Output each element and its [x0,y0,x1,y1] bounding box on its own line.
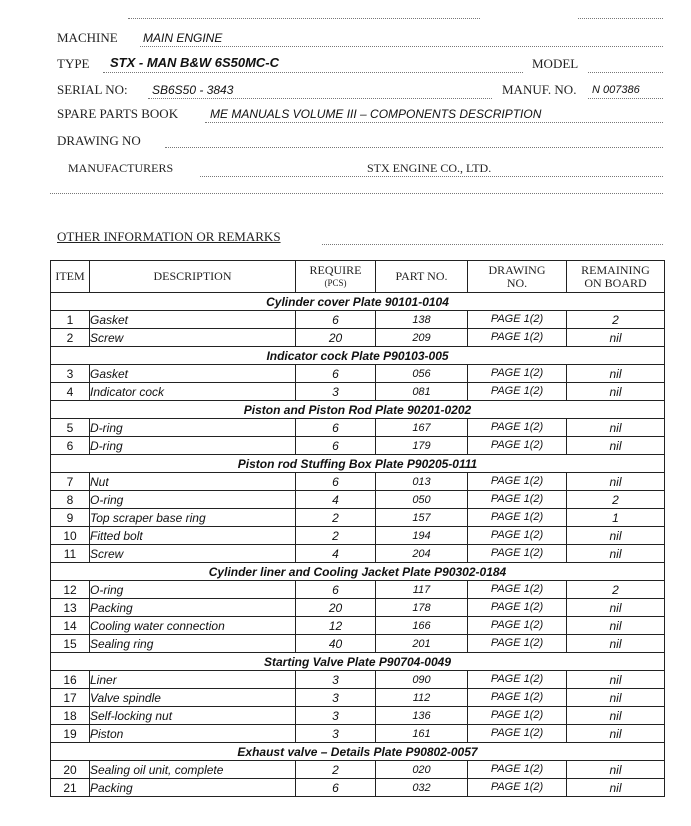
cell-part-no: 050 [376,491,468,509]
cell-require: 20 [296,329,376,347]
cell-description: Screw [90,329,296,347]
table-row: 18Self-locking nut3136PAGE 1(2)nil [51,707,665,725]
remarks-label: OTHER INFORMATION OR REMARKS [57,229,281,245]
cell-require: 2 [296,527,376,545]
cell-require: 3 [296,383,376,401]
cell-require: 2 [296,761,376,779]
cell-description: D-ring [90,437,296,455]
cell-description: Packing [90,599,296,617]
cell-drawing: PAGE 1(2) [468,419,567,437]
cell-drawing: PAGE 1(2) [468,617,567,635]
cell-remaining: nil [567,635,665,653]
spare-parts-underline [205,122,663,123]
cell-part-no: 194 [376,527,468,545]
cell-require: 4 [296,491,376,509]
cell-part-no: 167 [376,419,468,437]
cell-remaining: nil [567,725,665,743]
cell-remaining: nil [567,761,665,779]
cell-part-no: 157 [376,509,468,527]
cell-item: 20 [51,761,90,779]
drawing-no-label: DRAWING NO [57,133,141,149]
spare-parts-label: SPARE PARTS BOOK [57,106,178,122]
cell-item: 15 [51,635,90,653]
cell-item: 21 [51,779,90,797]
cell-description: Packing [90,779,296,797]
cell-part-no: 166 [376,617,468,635]
serial-label: SERIAL NO: [57,82,128,98]
machine-value: MAIN ENGINE [143,31,222,45]
table-row: 19Piston3161PAGE 1(2)nil [51,725,665,743]
cell-item: 13 [51,599,90,617]
manufacturers-value: STX ENGINE CO., LTD. [367,161,491,176]
cell-drawing: PAGE 1(2) [468,329,567,347]
cell-drawing: PAGE 1(2) [468,527,567,545]
cell-description: Liner [90,671,296,689]
cell-remaining: nil [567,473,665,491]
col-item: ITEM [51,261,90,293]
cell-description: O-ring [90,491,296,509]
header-separator [50,193,663,194]
cell-part-no: 201 [376,635,468,653]
section-title: Indicator cock Plate P90103-005 [51,347,665,365]
cell-part-no: 179 [376,437,468,455]
cell-require: 3 [296,707,376,725]
top-line-left [128,18,480,19]
cell-description: Fitted bolt [90,527,296,545]
cell-item: 5 [51,419,90,437]
cell-description: Indicator cock [90,383,296,401]
cell-drawing: PAGE 1(2) [468,671,567,689]
table-header-row: ITEM DESCRIPTION REQUIRE(PCS) PART NO. D… [51,261,665,293]
cell-remaining: 2 [567,311,665,329]
cell-part-no: 204 [376,545,468,563]
cell-remaining: nil [567,671,665,689]
cell-item: 16 [51,671,90,689]
cell-item: 14 [51,617,90,635]
table-row: 21Packing6032PAGE 1(2)nil [51,779,665,797]
cell-item: 8 [51,491,90,509]
section-header-row: Cylinder cover Plate 90101-0104 [51,293,665,311]
cell-require: 20 [296,599,376,617]
cell-drawing: PAGE 1(2) [468,779,567,797]
table-row: 20Sealing oil unit, complete2020PAGE 1(2… [51,761,665,779]
cell-item: 19 [51,725,90,743]
cell-remaining: 1 [567,509,665,527]
col-require: REQUIRE(PCS) [296,261,376,293]
model-label: MODEL [532,56,578,72]
cell-require: 40 [296,635,376,653]
cell-description: Nut [90,473,296,491]
manuf-value: N 007386 [592,84,640,96]
cell-remaining: nil [567,365,665,383]
table-row: 4Indicator cock3081PAGE 1(2)nil [51,383,665,401]
cell-drawing: PAGE 1(2) [468,707,567,725]
table-row: 10Fitted bolt2194PAGE 1(2)nil [51,527,665,545]
cell-remaining: nil [567,599,665,617]
cell-remaining: 2 [567,581,665,599]
cell-item: 6 [51,437,90,455]
cell-part-no: 056 [376,365,468,383]
cell-part-no: 112 [376,689,468,707]
cell-require: 4 [296,545,376,563]
cell-drawing: PAGE 1(2) [468,437,567,455]
table-row: 5D-ring6167PAGE 1(2)nil [51,419,665,437]
table-row: 13Packing20178PAGE 1(2)nil [51,599,665,617]
cell-drawing: PAGE 1(2) [468,365,567,383]
section-title: Starting Valve Plate P90704-0049 [51,653,665,671]
serial-value: SB6S50 - 3843 [152,83,233,97]
cell-require: 6 [296,437,376,455]
cell-drawing: PAGE 1(2) [468,599,567,617]
cell-part-no: 117 [376,581,468,599]
section-header-row: Starting Valve Plate P90704-0049 [51,653,665,671]
section-title: Piston and Piston Rod Plate 90201-0202 [51,401,665,419]
spare-parts-table: ITEM DESCRIPTION REQUIRE(PCS) PART NO. D… [50,260,665,797]
cell-require: 2 [296,509,376,527]
table-row: 14Cooling water connection12166PAGE 1(2)… [51,617,665,635]
manufacturers-underline [200,176,663,177]
section-title: Exhaust valve – Details Plate P90802-005… [51,743,665,761]
section-title: Piston rod Stuffing Box Plate P90205-011… [51,455,665,473]
cell-item: 2 [51,329,90,347]
col-remaining: REMAININGON BOARD [567,261,665,293]
cell-part-no: 013 [376,473,468,491]
table-row: 2Screw20209PAGE 1(2)nil [51,329,665,347]
cell-drawing: PAGE 1(2) [468,383,567,401]
cell-require: 6 [296,473,376,491]
machine-underline [140,46,663,47]
cell-require: 6 [296,779,376,797]
cell-drawing: PAGE 1(2) [468,311,567,329]
section-title: Cylinder cover Plate 90101-0104 [51,293,665,311]
cell-require: 6 [296,365,376,383]
cell-part-no: 138 [376,311,468,329]
cell-drawing: PAGE 1(2) [468,689,567,707]
serial-underline [148,98,492,99]
cell-drawing: PAGE 1(2) [468,545,567,563]
type-label: TYPE [57,56,90,72]
section-header-row: Piston and Piston Rod Plate 90201-0202 [51,401,665,419]
table-row: 1Gasket6138PAGE 1(2)2 [51,311,665,329]
cell-remaining: nil [567,617,665,635]
table-row: 15Sealing ring40201PAGE 1(2)nil [51,635,665,653]
cell-part-no: 032 [376,779,468,797]
cell-remaining: nil [567,545,665,563]
section-header-row: Exhaust valve – Details Plate P90802-005… [51,743,665,761]
cell-part-no: 209 [376,329,468,347]
cell-description: Valve spindle [90,689,296,707]
cell-remaining: nil [567,419,665,437]
table-row: 6D-ring6179PAGE 1(2)nil [51,437,665,455]
type-underline [103,72,523,73]
manuf-label: MANUF. NO. [502,82,576,98]
cell-description: Piston [90,725,296,743]
manuf-underline [588,98,663,99]
table-row: 9Top scraper base ring2157PAGE 1(2)1 [51,509,665,527]
table-row: 12O-ring6117PAGE 1(2)2 [51,581,665,599]
cell-drawing: PAGE 1(2) [468,473,567,491]
model-underline [588,72,663,73]
cell-item: 18 [51,707,90,725]
type-value: STX - MAN B&W 6S50MC-C [110,55,279,70]
cell-require: 6 [296,581,376,599]
table-row: 7Nut6013PAGE 1(2)nil [51,473,665,491]
cell-drawing: PAGE 1(2) [468,509,567,527]
cell-description: Cooling water connection [90,617,296,635]
cell-part-no: 136 [376,707,468,725]
cell-drawing: PAGE 1(2) [468,581,567,599]
table-row: 8O-ring4050PAGE 1(2)2 [51,491,665,509]
top-line-right [578,18,663,19]
cell-description: Screw [90,545,296,563]
cell-description: D-ring [90,419,296,437]
cell-remaining: nil [567,707,665,725]
cell-drawing: PAGE 1(2) [468,761,567,779]
section-header-row: Indicator cock Plate P90103-005 [51,347,665,365]
col-description: DESCRIPTION [90,261,296,293]
cell-remaining: nil [567,527,665,545]
section-title: Cylinder liner and Cooling Jacket Plate … [51,563,665,581]
cell-description: Gasket [90,365,296,383]
cell-remaining: 2 [567,491,665,509]
section-header-row: Piston rod Stuffing Box Plate P90205-011… [51,455,665,473]
cell-description: Top scraper base ring [90,509,296,527]
cell-require: 6 [296,311,376,329]
table-row: 3Gasket6056PAGE 1(2)nil [51,365,665,383]
spare-parts-value: ME MANUALS VOLUME III – COMPONENTS DESCR… [210,107,541,121]
cell-require: 3 [296,725,376,743]
cell-require: 3 [296,671,376,689]
cell-description: Gasket [90,311,296,329]
cell-description: O-ring [90,581,296,599]
cell-part-no: 081 [376,383,468,401]
machine-label: MACHINE [57,30,118,46]
cell-remaining: nil [567,383,665,401]
remarks-underline [322,244,663,245]
cell-description: Self-locking nut [90,707,296,725]
cell-item: 11 [51,545,90,563]
cell-remaining: nil [567,689,665,707]
cell-item: 10 [51,527,90,545]
col-drawing-no: DRAWINGNO. [468,261,567,293]
table-row: 17Valve spindle3112PAGE 1(2)nil [51,689,665,707]
cell-remaining: nil [567,779,665,797]
table-row: 16Liner3090PAGE 1(2)nil [51,671,665,689]
cell-require: 6 [296,419,376,437]
cell-part-no: 090 [376,671,468,689]
cell-item: 12 [51,581,90,599]
cell-item: 9 [51,509,90,527]
cell-drawing: PAGE 1(2) [468,635,567,653]
cell-item: 7 [51,473,90,491]
cell-description: Sealing oil unit, complete [90,761,296,779]
cell-remaining: nil [567,437,665,455]
cell-item: 4 [51,383,90,401]
cell-part-no: 161 [376,725,468,743]
cell-part-no: 178 [376,599,468,617]
manufacturers-label: MANUFACTURERS [68,161,173,176]
cell-drawing: PAGE 1(2) [468,725,567,743]
cell-require: 3 [296,689,376,707]
cell-item: 3 [51,365,90,383]
cell-item: 1 [51,311,90,329]
col-part-no: PART NO. [376,261,468,293]
cell-item: 17 [51,689,90,707]
cell-drawing: PAGE 1(2) [468,491,567,509]
table-row: 11Screw4204PAGE 1(2)nil [51,545,665,563]
cell-require: 12 [296,617,376,635]
section-header-row: Cylinder liner and Cooling Jacket Plate … [51,563,665,581]
drawing-no-underline [165,147,663,148]
cell-part-no: 020 [376,761,468,779]
cell-description: Sealing ring [90,635,296,653]
cell-remaining: nil [567,329,665,347]
